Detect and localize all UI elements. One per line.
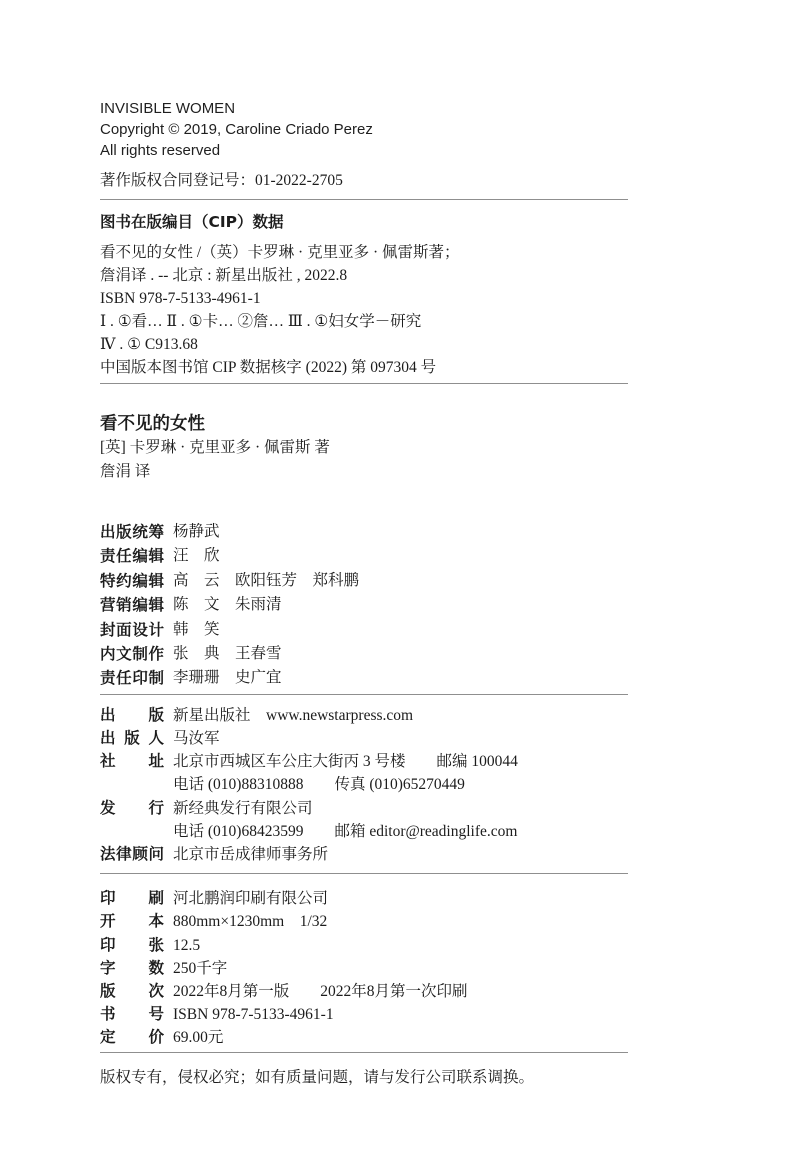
staff-role-label: 责任印制 bbox=[100, 666, 164, 690]
book-author: [英] 卡罗琳 · 克里亚多 · 佩雷斯 著 bbox=[100, 436, 628, 460]
printing-row: 定价 69.00元 bbox=[100, 1026, 628, 1049]
field-value: 12.5 bbox=[173, 934, 628, 957]
staff-role-label: 特约编辑 bbox=[100, 569, 164, 593]
original-title: INVISIBLE WOMEN bbox=[100, 98, 628, 119]
copyright-content: INVISIBLE WOMEN Copyright © 2019, Caroli… bbox=[100, 98, 628, 1089]
field-value: 250千字 bbox=[173, 957, 628, 980]
field-label bbox=[100, 773, 164, 796]
rights-line: All rights reserved bbox=[100, 140, 628, 161]
publishing-row: 社址 北京市西城区车公庄大街丙 3 号楼 邮编 100044 bbox=[100, 750, 628, 773]
staff-row: 出版统筹 杨静武 bbox=[100, 520, 628, 544]
cip-line: Ⅳ . ① C913.68 bbox=[100, 333, 628, 356]
publishing-row: 电话 (010)88310888 传真 (010)65270449 bbox=[100, 773, 628, 796]
registration-number: 著作版权合同登记号：01-2022-2705 bbox=[100, 170, 628, 192]
staff-role-label: 封面设计 bbox=[100, 618, 164, 642]
printing-row: 印张 12.5 bbox=[100, 934, 628, 957]
staff-row: 责任编辑 汪 欣 bbox=[100, 544, 628, 568]
staff-names: 高 云 欧阳钰芳 郑科鹏 bbox=[173, 569, 628, 593]
staff-names: 杨静武 bbox=[173, 520, 628, 544]
staff-row: 责任印制 李珊珊 史广宜 bbox=[100, 666, 628, 690]
printing-row: 字数 250千字 bbox=[100, 957, 628, 980]
staff-names: 汪 欣 bbox=[173, 544, 628, 568]
field-label: 出版 bbox=[100, 704, 164, 727]
field-label: 书号 bbox=[100, 1003, 164, 1026]
copyright-page: INVISIBLE WOMEN Copyright © 2019, Caroli… bbox=[0, 0, 800, 1158]
publishing-row: 出版 新星出版社 www.newstarpress.com bbox=[100, 704, 628, 727]
cip-line: 詹涓译 . -- 北京 : 新星出版社 , 2022.8 bbox=[100, 264, 628, 287]
field-label: 开本 bbox=[100, 910, 164, 933]
cip-line: Ⅰ . ①看… Ⅱ . ①卡… ②詹… Ⅲ . ①妇女学－研究 bbox=[100, 310, 628, 333]
staff-names: 李珊珊 史广宜 bbox=[173, 666, 628, 690]
printing-row: 版次 2022年8月第一版 2022年8月第一次印刷 bbox=[100, 980, 628, 1003]
field-label: 出版人 bbox=[100, 727, 164, 750]
staff-names: 张 典 王春雪 bbox=[173, 642, 628, 666]
english-rights-block: INVISIBLE WOMEN Copyright © 2019, Caroli… bbox=[100, 98, 628, 161]
field-value: 69.00元 bbox=[173, 1026, 628, 1049]
staff-names: 陈 文 朱雨清 bbox=[173, 593, 628, 617]
copyright-line: Copyright © 2019, Caroline Criado Perez bbox=[100, 119, 628, 140]
printing-row: 开本 880mm×1230mm 1/32 bbox=[100, 910, 628, 933]
divider bbox=[100, 383, 628, 384]
field-label: 印刷 bbox=[100, 887, 164, 910]
staff-role-label: 责任编辑 bbox=[100, 544, 164, 568]
staff-row: 营销编辑 陈 文 朱雨清 bbox=[100, 593, 628, 617]
field-value: 新经典发行有限公司 bbox=[173, 797, 628, 820]
field-value: 北京市岳成律师事务所 bbox=[173, 843, 628, 866]
book-title-block: 看不见的女性 [英] 卡罗琳 · 克里亚多 · 佩雷斯 著 詹涓 译 bbox=[100, 410, 628, 484]
staff-names: 韩 笑 bbox=[173, 618, 628, 642]
field-value: 北京市西城区车公庄大街丙 3 号楼 邮编 100044 bbox=[173, 750, 628, 773]
field-label: 字数 bbox=[100, 957, 164, 980]
publishing-block: 出版 新星出版社 www.newstarpress.com 出版人 马汝军 社址… bbox=[100, 704, 628, 866]
cip-body: 看不见的女性 /（英）卡罗琳 · 克里亚多 · 佩雷斯著； 詹涓译 . -- 北… bbox=[100, 241, 628, 379]
field-value: 880mm×1230mm 1/32 bbox=[173, 910, 628, 933]
staff-role-label: 出版统筹 bbox=[100, 520, 164, 544]
field-label: 社址 bbox=[100, 750, 164, 773]
field-value: 电话 (010)88310888 传真 (010)65270449 bbox=[173, 773, 628, 796]
field-value: 2022年8月第一版 2022年8月第一次印刷 bbox=[173, 980, 628, 1003]
field-value: 河北鹏润印刷有限公司 bbox=[173, 887, 628, 910]
book-title: 看不见的女性 bbox=[100, 410, 628, 436]
printing-block: 印刷 河北鹏润印刷有限公司 开本 880mm×1230mm 1/32 印张 12… bbox=[100, 887, 628, 1049]
publishing-row: 出版人 马汝军 bbox=[100, 727, 628, 750]
cip-line: ISBN 978-7-5133-4961-1 bbox=[100, 287, 628, 310]
divider bbox=[100, 199, 628, 200]
field-value: 新星出版社 www.newstarpress.com bbox=[173, 704, 628, 727]
staff-row: 封面设计 韩 笑 bbox=[100, 618, 628, 642]
field-value: ISBN 978-7-5133-4961-1 bbox=[173, 1003, 628, 1026]
field-label bbox=[100, 820, 164, 843]
staff-block: 出版统筹 杨静武 责任编辑 汪 欣 特约编辑 高 云 欧阳钰芳 郑科鹏 营销编辑… bbox=[100, 520, 628, 691]
cip-line: 中国版本图书馆 CIP 数据核字 (2022) 第 097304 号 bbox=[100, 356, 628, 379]
printing-row: 书号 ISBN 978-7-5133-4961-1 bbox=[100, 1003, 628, 1026]
field-value: 电话 (010)68423599 邮箱 editor@readinglife.c… bbox=[173, 820, 628, 843]
cip-line: 看不见的女性 /（英）卡罗琳 · 克里亚多 · 佩雷斯著； bbox=[100, 241, 628, 264]
divider bbox=[100, 1052, 628, 1053]
staff-role-label: 内文制作 bbox=[100, 642, 164, 666]
book-translator: 詹涓 译 bbox=[100, 460, 628, 484]
field-label: 版次 bbox=[100, 980, 164, 1003]
publishing-row: 发行 新经典发行有限公司 bbox=[100, 797, 628, 820]
divider bbox=[100, 694, 628, 695]
cip-block: 图书在版编目（CIP）数据 看不见的女性 /（英）卡罗琳 · 克里亚多 · 佩雷… bbox=[100, 211, 628, 379]
cip-heading: 图书在版编目（CIP）数据 bbox=[100, 211, 628, 233]
piracy-notice: 版权专有，侵权必究；如有质量问题，请与发行公司联系调换。 bbox=[100, 1066, 628, 1089]
field-value: 马汝军 bbox=[173, 727, 628, 750]
publishing-row: 法律顾问 北京市岳成律师事务所 bbox=[100, 843, 628, 866]
printing-row: 印刷 河北鹏润印刷有限公司 bbox=[100, 887, 628, 910]
field-label: 印张 bbox=[100, 934, 164, 957]
staff-row: 特约编辑 高 云 欧阳钰芳 郑科鹏 bbox=[100, 569, 628, 593]
field-label: 定价 bbox=[100, 1026, 164, 1049]
field-label: 发行 bbox=[100, 797, 164, 820]
field-label: 法律顾问 bbox=[100, 843, 164, 866]
staff-row: 内文制作 张 典 王春雪 bbox=[100, 642, 628, 666]
publishing-row: 电话 (010)68423599 邮箱 editor@readinglife.c… bbox=[100, 820, 628, 843]
staff-role-label: 营销编辑 bbox=[100, 593, 164, 617]
divider bbox=[100, 873, 628, 874]
